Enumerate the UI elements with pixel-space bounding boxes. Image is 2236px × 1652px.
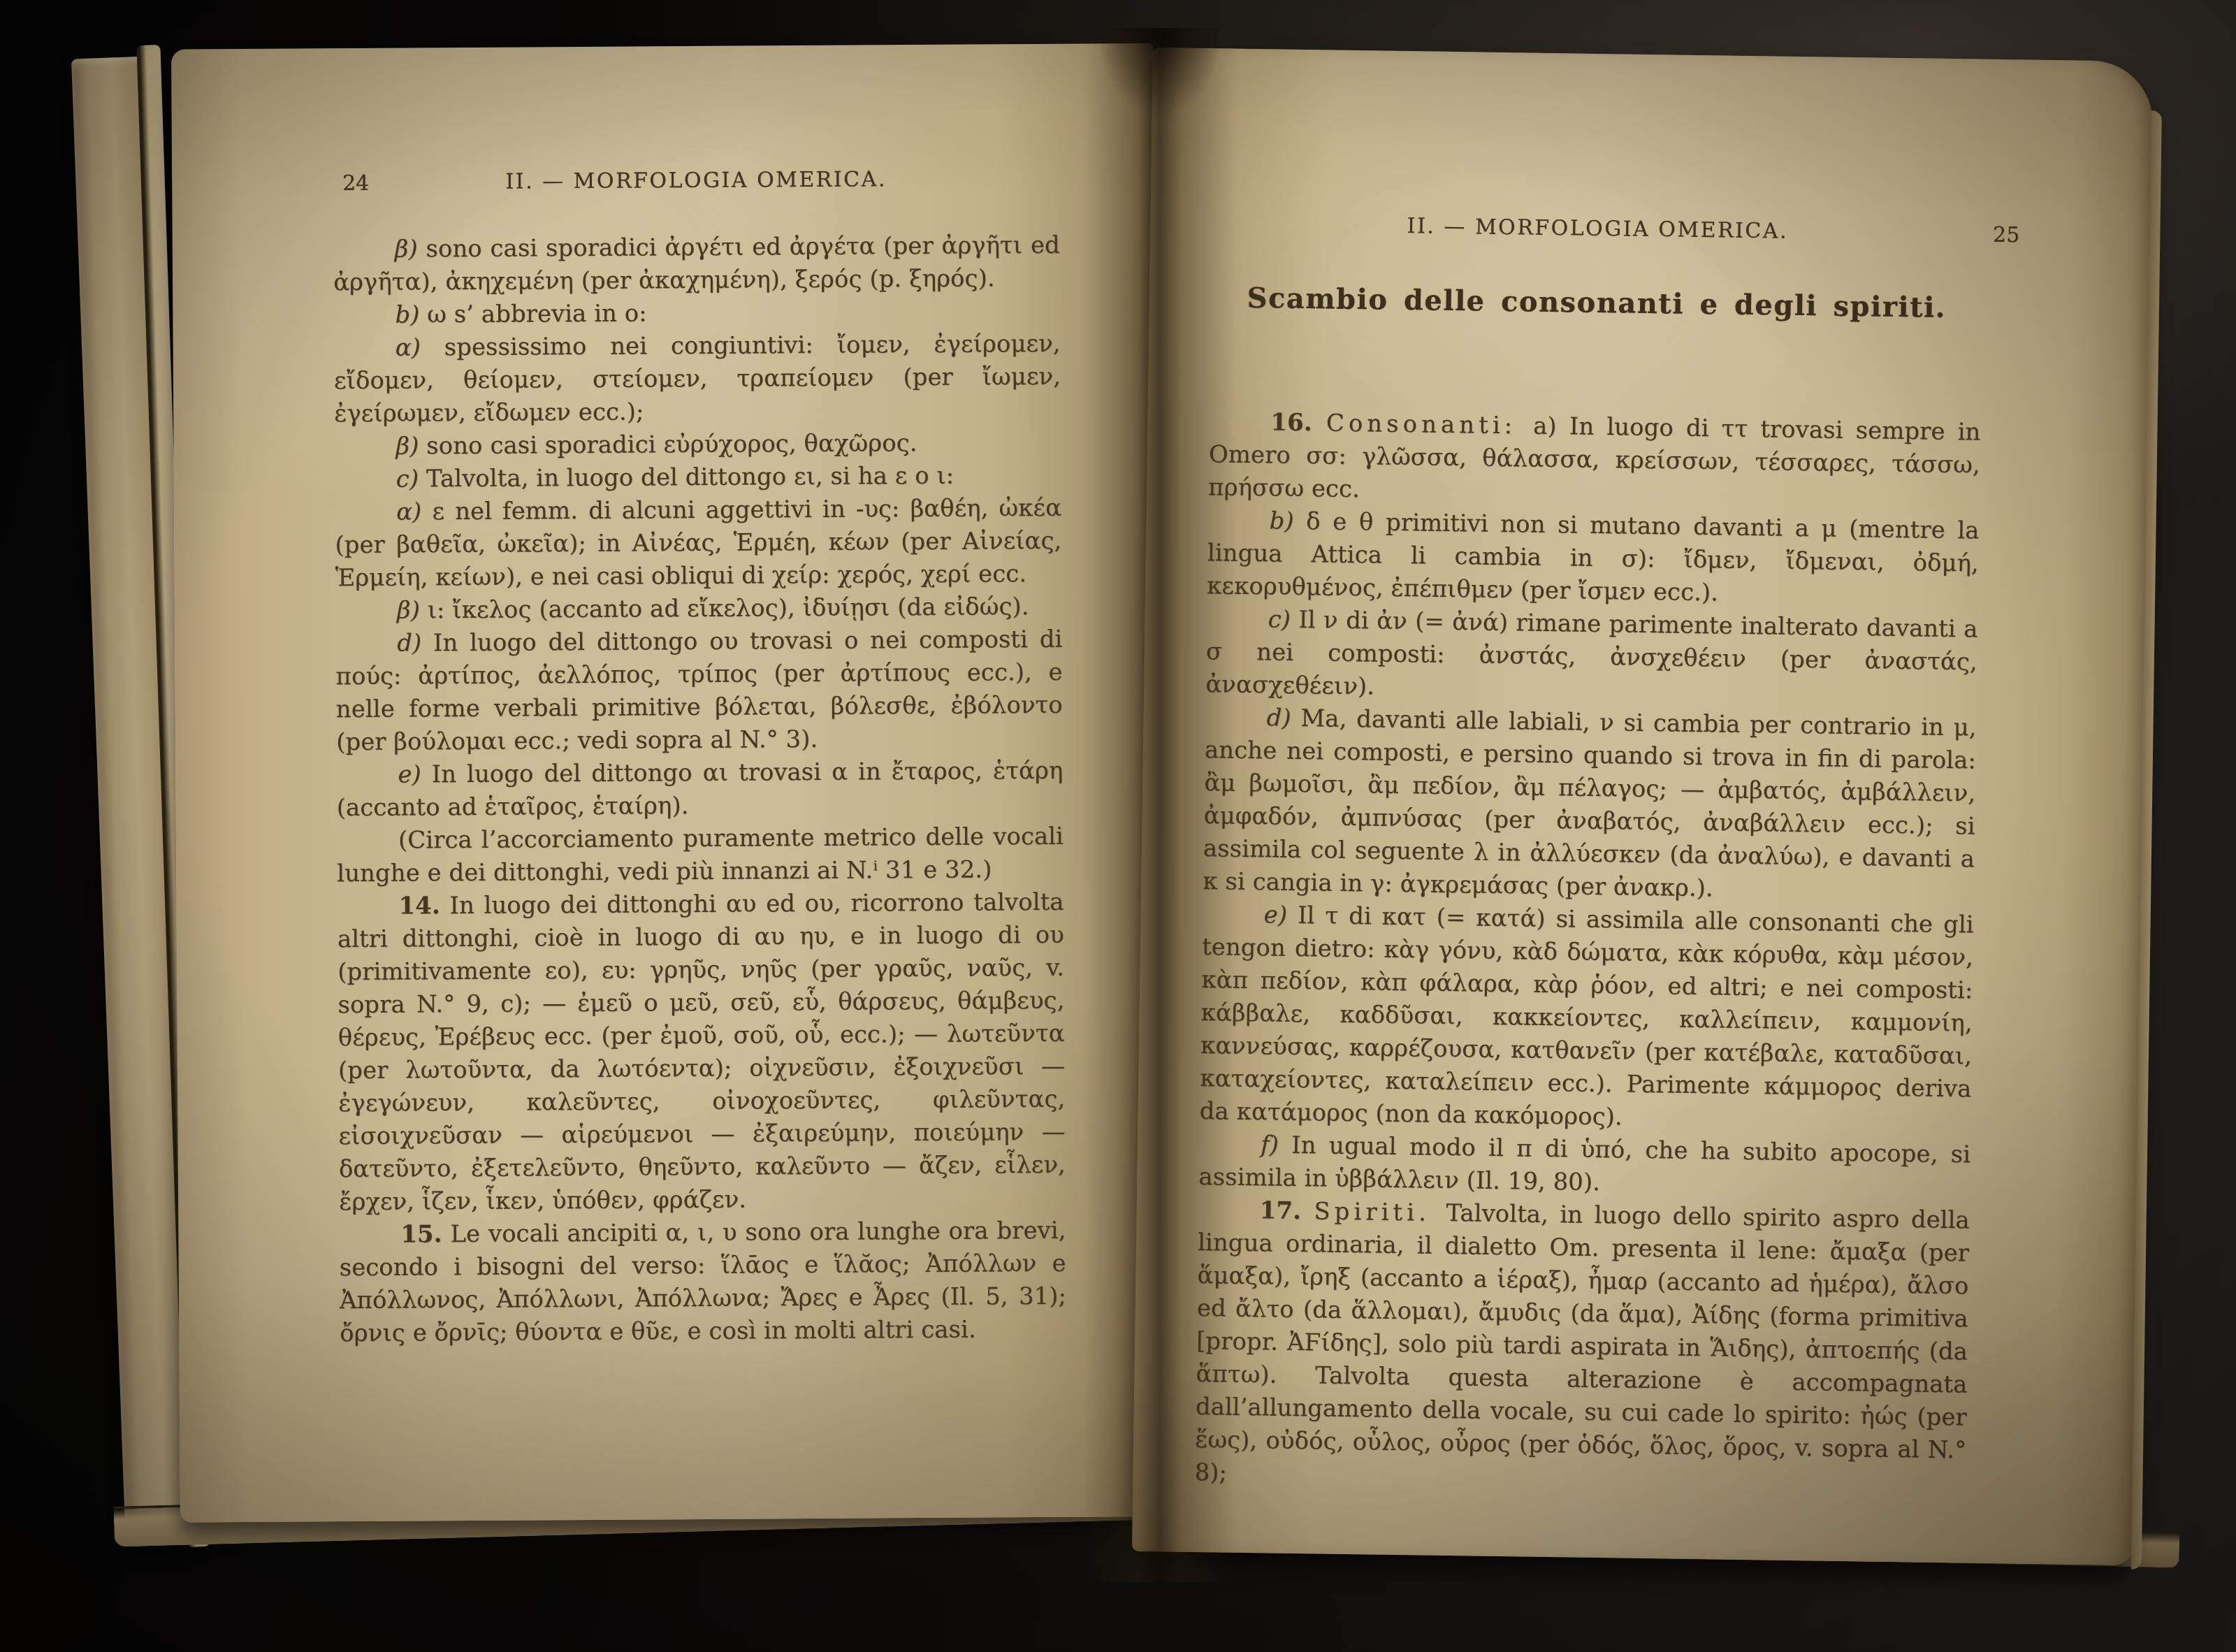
right-page: II. — MORFOLOGIA OMERICA. 25 Scambio del… [1132,48,2154,1565]
paragraph-label: c) [396,465,419,493]
paragraph-label: e) [398,760,421,788]
paragraph: b) δ e θ primitivi non si mutano davanti… [1207,504,1980,613]
right-text-block: 16. Consonanti: a) In luogo di ττ trovas… [1194,405,1981,1500]
paragraph-label: α) [396,498,421,526]
paragraph-label: 16. [1270,408,1312,437]
left-page: 24 II. — MORFOLOGIA OMERICA. β) sono cas… [171,43,1162,1523]
paragraph-label: d) [397,629,421,657]
paragraph-label: β) [395,432,419,460]
paragraph: α) spessissimo nei congiuntivi: ἴομεν, ἐ… [334,328,1061,430]
paragraph: (Circa l’accorciamento puramente metrico… [337,820,1064,890]
paragraph-label: f) [1261,1131,1279,1159]
paragraph: α) ε nel femm. di alcuni aggettivi in -υ… [335,492,1062,595]
paragraph-label: 15. [400,1220,442,1248]
left-page-content: 24 II. — MORFOLOGIA OMERICA. β) sono cas… [333,163,1066,1350]
paragraph: c) Talvolta, in luogo del dittongo ει, s… [335,459,1061,496]
paragraph-label: e) [1263,901,1287,929]
paragraph: f) In ugual modo il π di ὑπό, che ha sub… [1198,1128,1970,1204]
paragraph: β) ι: ἴκελος (accanto ad εἴκελος), ἰδυίῃ… [335,590,1062,628]
section-heading: Scambio delle consonanti e degli spiriti… [1211,280,1983,326]
paragraph: b) ω s’ abbrevia in o: [333,295,1060,332]
paragraph: β) sono casi sporadici εὐρύχορος, θαχῶρο… [334,426,1061,463]
paragraph-label: β) [397,596,420,624]
paragraph: β) sono casi sporadici ἀργέτι ed ἀργέτα … [333,229,1061,299]
paragraph: 15. Le vocali ancipiti α, ι, υ sono ora … [339,1215,1066,1350]
paragraph-label: c) [1268,605,1291,633]
paragraph-keyword: Spiriti. [1314,1197,1430,1226]
paragraph: d) Ma, davanti alle labiali, ν si cambia… [1203,701,1977,908]
paragraph: e) In luogo del dittongo αι trovasi α in… [336,755,1063,825]
paragraph-label: α) [395,333,421,361]
left-text-block: β) sono casi sporadici ἀργέτι ed ἀργέτα … [333,229,1067,1350]
paragraph: 14. In luogo dei dittonghi αυ ed ου, ric… [337,886,1066,1219]
open-book: 24 II. — MORFOLOGIA OMERICA. β) sono cas… [73,34,2163,1606]
paragraph-label: 17. [1259,1196,1301,1225]
paragraph: 16. Consonanti: a) In luogo di ττ trovas… [1208,405,1981,514]
paragraph-label: d) [1266,704,1291,732]
paragraph-label: 14. [398,892,440,920]
paragraph-label: b) [1269,507,1294,535]
paragraph-label: β) [395,235,418,263]
right-page-number: 25 [1993,219,2020,252]
paragraph: d) In luogo del dittongo ου trovasi ο ne… [335,623,1063,759]
left-running-header: 24 II. — MORFOLOGIA OMERICA. [333,163,1059,198]
paragraph-label: b) [395,300,419,328]
paragraph: c) Il ν di ἀν (= ἀνά) rimane parimente i… [1205,602,1978,711]
paragraph: 17. Spiriti. Talvolta, in luogo dello sp… [1194,1194,1970,1500]
paragraph-keyword: Consonanti: [1326,410,1517,440]
right-page-content: II. — MORFOLOGIA OMERICA. 25 Scambio del… [1194,208,1983,1500]
left-page-number: 24 [342,168,369,199]
paragraph: e) Il τ di κατ (= κατά) si assimila alle… [1199,898,1973,1138]
left-running-header-text: II. — MORFOLOGIA OMERICA. [505,167,887,194]
right-running-header-text: II. — MORFOLOGIA OMERICA. [1407,214,1788,244]
right-running-header: II. — MORFOLOGIA OMERICA. 25 [1212,208,1984,249]
